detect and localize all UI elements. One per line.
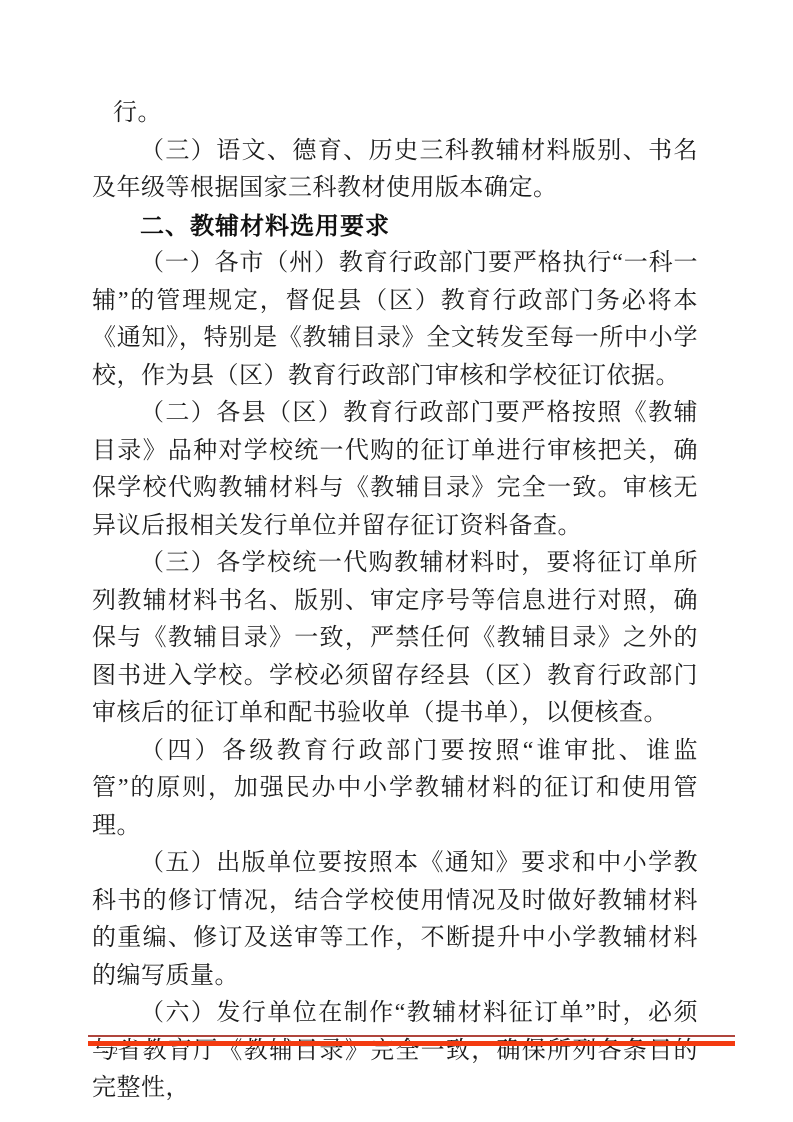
section-heading: 二、教辅材料选用要求 bbox=[92, 208, 698, 246]
paragraph-item-3: （三）各学校统一代购教辅材料时，要将征订单所列教辅材料书名、版别、审定序号等信息… bbox=[92, 545, 698, 733]
page-number: - 2 - bbox=[102, 1044, 130, 1058]
document-page: 行。 （三）语文、德育、历史三科教辅材料版别、书名及年级等根据国家三科教材使用版… bbox=[0, 0, 793, 1122]
footer-rule-thick bbox=[88, 1041, 735, 1046]
paragraph-item-2: （二）各县（区）教育行政部门要严格按照《教辅目录》品种对学校统一代购的征订单进行… bbox=[92, 395, 698, 545]
paragraph-item-1: （一）各市（州）教育行政部门要严格执行“一科一辅”的管理规定，督促县（区）教育行… bbox=[92, 245, 698, 395]
footer-rule-thin bbox=[88, 1035, 735, 1037]
document-body: 行。 （三）语文、德育、历史三科教辅材料版别、书名及年级等根据国家三科教材使用版… bbox=[92, 95, 698, 1108]
paragraph-item-5: （五）出版单位要按照本《通知》要求和中小学教科书的修订情况，结合学校使用情况及时… bbox=[92, 845, 698, 995]
paragraph-item-4: （四）各级教育行政部门要按照“谁审批、谁监管”的原则，加强民办中小学教辅材料的征… bbox=[92, 733, 698, 846]
paragraph-item-6: （六）发行单位在制作“教辅材料征订单”时，必须与省教育厅《教辅目录》完全一致，确… bbox=[92, 995, 698, 1108]
continuation-line: 行。 bbox=[92, 95, 698, 133]
paragraph-intro: （三）语文、德育、历史三科教辅材料版别、书名及年级等根据国家三科教材使用版本确定… bbox=[92, 133, 698, 208]
